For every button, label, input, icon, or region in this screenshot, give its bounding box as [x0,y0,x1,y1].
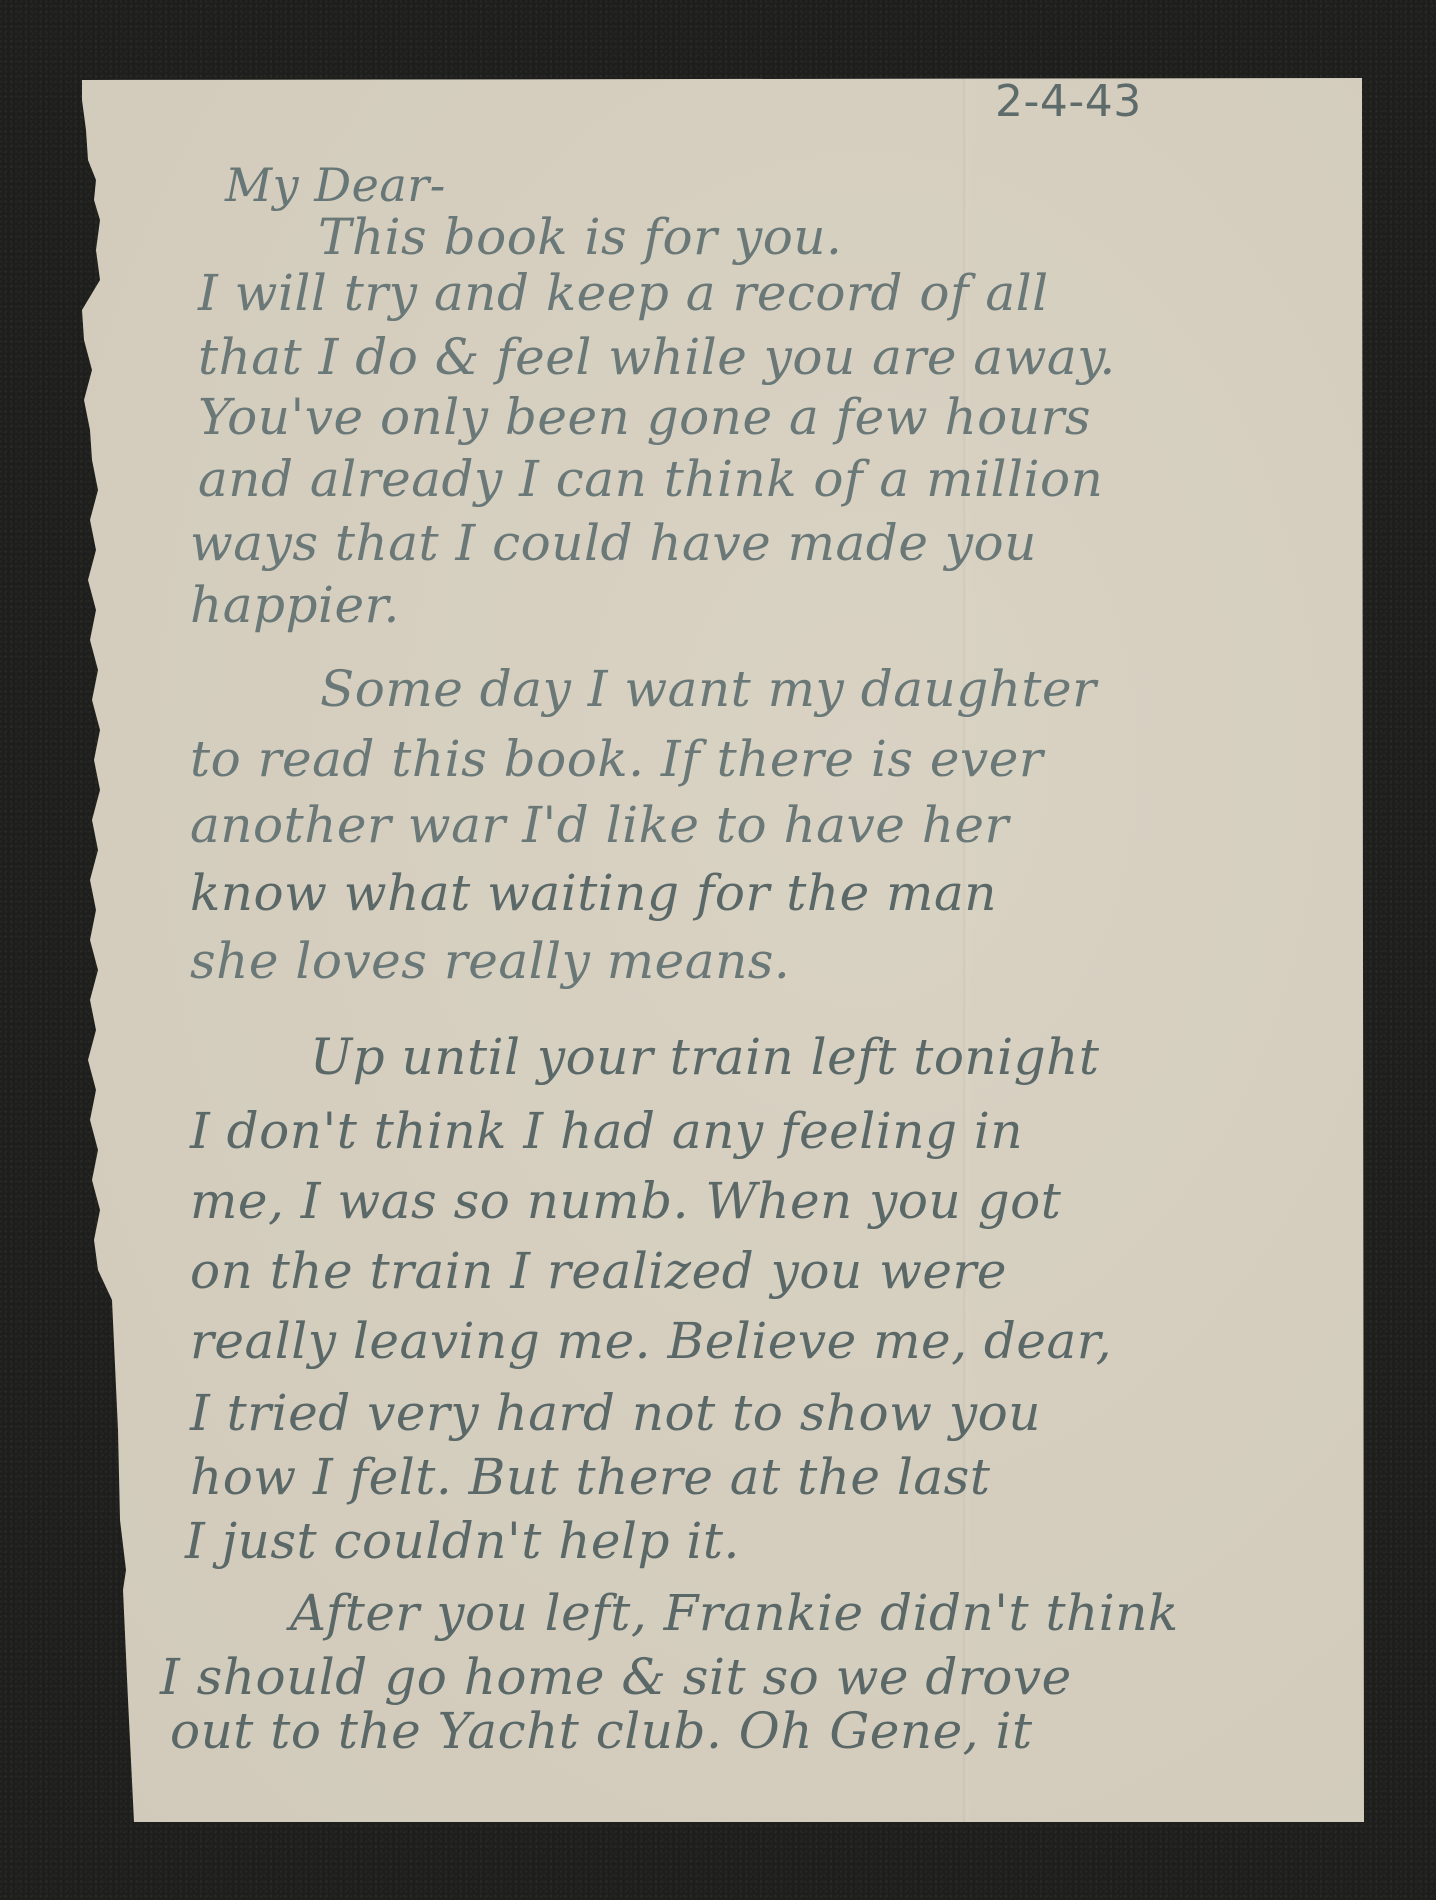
letter-line: to read this book. If there is ever [190,734,1043,784]
letter-line: out to the Yacht club. Oh Gene, it [170,1706,1033,1756]
letter-line: know what waiting for the man [190,868,997,918]
letter-line: another war I'd like to have her [190,800,1009,850]
letter-line: I tried very hard not to show you [190,1388,1041,1438]
letter-line: on the train I realized you were [190,1246,1007,1296]
letter-line: You've only been gone a few hours [198,392,1091,442]
letter-line: I don't think I had any feeling in [190,1106,1023,1156]
letter-line: she loves really means. [190,936,790,986]
letter-line: and already I can think of a million [198,454,1103,504]
letter-line: Up until your train left tonight [310,1032,1099,1082]
letter-line: I should go home & sit so we drove [160,1652,1072,1702]
letter-line: After you left, Frankie didn't think [290,1588,1179,1638]
letter-line: I will try and keep a record of all [198,268,1049,318]
letter-date: 2-4-43 [995,80,1142,124]
letter-line: I just couldn't help it. [185,1516,740,1566]
letter-line: This book is for you. [318,212,842,262]
letter-line: ways that I could have made you [190,518,1037,568]
letter-salutation: My Dear- [225,162,446,208]
letter-line: happier. [190,580,400,630]
letter-line: me, I was so numb. When you got [190,1176,1061,1226]
letter-line: Some day I want my daughter [320,664,1097,714]
letter-line: really leaving me. Believe me, dear, [190,1316,1112,1366]
letter-line: how I felt. But there at the last [190,1452,990,1502]
letter-line: that I do & feel while you are away. [198,332,1116,382]
